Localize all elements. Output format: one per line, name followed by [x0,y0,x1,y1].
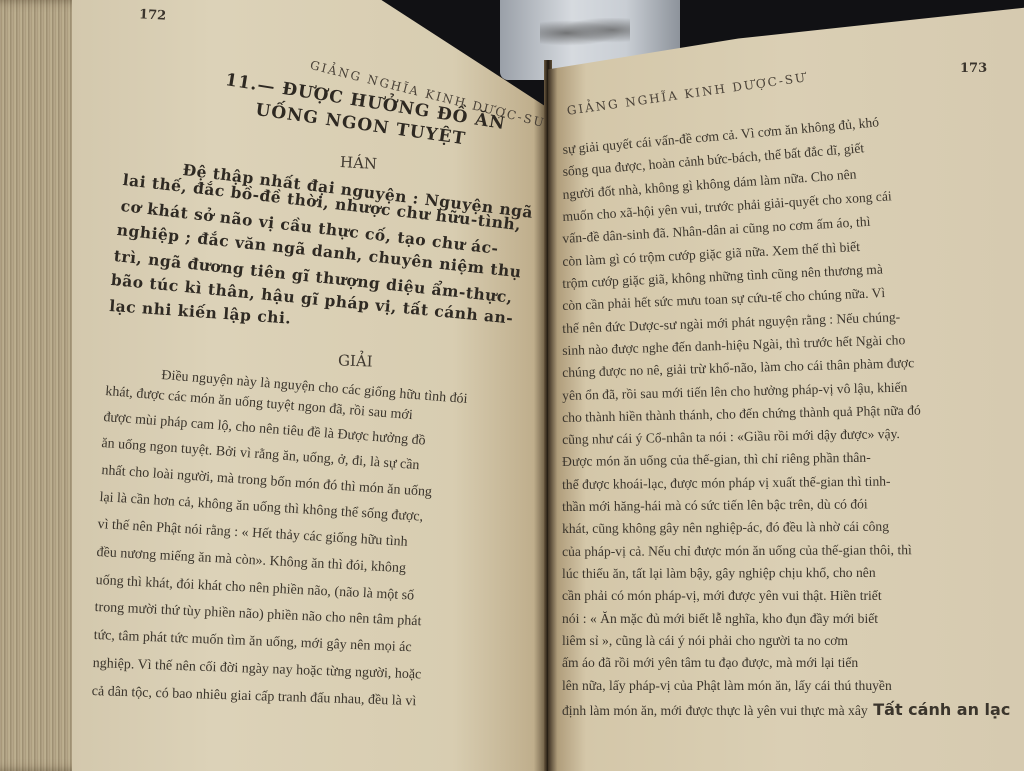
body-line: chúng được no nê, giải trừ khổ-não, làm … [562,355,914,381]
body-line: nói : « Ăn mặc đủ mới biết lễ nghĩa, kho… [562,611,878,627]
body-line: thế nên đức Dược-sư ngài mới phát nguyện… [562,309,900,337]
body-line: thể được khoái-lạc, được món pháp vị xuấ… [562,473,891,492]
right-page: 173 GIẢNG NGHĨA KINH DƯỢC-SƯ sự giải quy… [548,0,1024,771]
body-line: lên nữa, lấy pháp-vị của Phật làm món ăn… [562,678,892,694]
object-marking [540,18,630,48]
giai-line: cả dân tộc, có bao nhiêu giai cấp tranh … [91,684,416,710]
body-line: cũng như cái ý Cổ-nhân ta nói : «Giầu rồ… [562,426,900,448]
giai-line: trong mười thứ tùy phiền não) phiền não … [94,600,421,630]
giai-line: nghiệp. Vì thế nên cối đời ngày nay hoặc… [92,656,421,683]
body-line: sinh nào được nghe đến danh-hiệu Ngài, t… [562,332,906,359]
body-line: cho thành hiền thành thánh, cho đến chứn… [562,402,921,426]
body-line: cần phải có món pháp-vị, mới được yên vu… [562,588,882,604]
right-page-number: 173 [960,61,987,76]
left-page: 172 GIẢNG NGHĨA KINH DƯỢC-SƯ 11.— ĐƯỢC H… [72,0,548,771]
body-line: định làm món ăn, mới được thực là yên vu… [562,700,1010,719]
giai-heading: GIẢI [338,351,373,370]
giai-line: uống thì khát, đói khát cho nên phiền nã… [95,573,414,605]
han-heading: HÁN [340,153,378,173]
body-line: ấm áo đã rồi mới yên tâm tu đạo được, mà… [562,655,858,671]
body-line: liêm sỉ », cũng là cái ý nói phải cho ng… [562,633,848,649]
body-line: thần mới hăng-hái mà có sức tiến lên bậc… [562,496,868,515]
right-running-head: GIẢNG NGHĨA KINH DƯỢC-SƯ [566,70,808,118]
left-page-number: 172 [139,7,167,23]
body-line: yên ổn đã, rồi sau mới tiến lên cho hưởn… [562,379,908,403]
body-line: khát, cũng không gây nên nghiệp-ác, đó đ… [562,519,889,537]
bold-tail-text: Tất cánh an lạc [868,700,1011,719]
giai-line: đều nương miếng ăn mà còn». Không ăn thì… [96,545,406,577]
body-line: Được món ăn uống của thế-gian, thì chỉ r… [562,450,871,470]
giai-line: tức, tâm phát tức muốn tìm ăn uống, mới … [93,628,411,656]
body-line: của pháp-vị cả. Nếu chỉ được món ăn uống… [562,542,912,560]
body-line: lúc thiếu ăn, tất lại làm bậy, gây nghiệ… [562,565,876,582]
